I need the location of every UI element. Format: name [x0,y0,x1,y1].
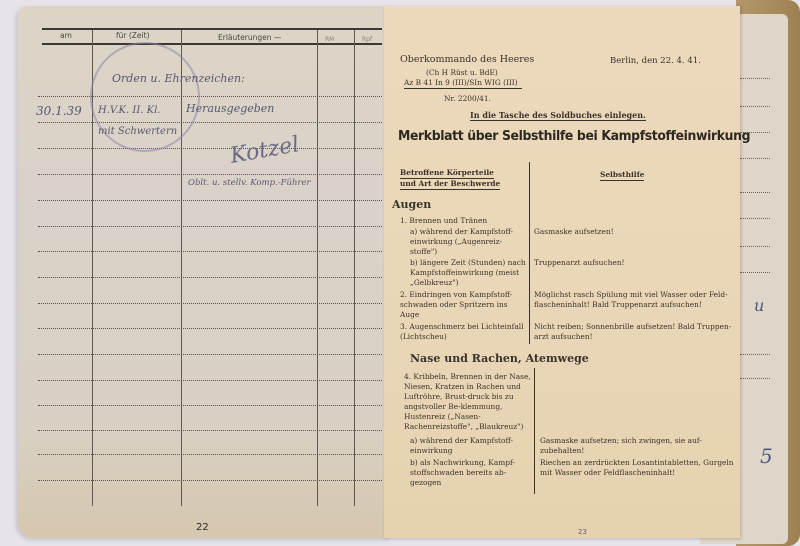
entry-line [38,303,382,304]
item-4b-help: Riechen an zerdrückten Losantintabletten… [540,458,734,478]
issuer-reference: Az B 41 In 9 (III)/SIn WIG (III) [404,78,522,89]
entry-line [38,277,382,278]
item-1b-help: Truppenarzt aufsuchen! [534,258,734,268]
entry-category: Orden u. Ehrenzeichen: [112,72,245,85]
entry-line [38,480,382,481]
entry-line [38,122,382,123]
column-header-self-help: Selbsthilfe [600,170,644,181]
entry-line [38,200,382,201]
entry-status: Herausgegeben [186,102,274,115]
instruction-note: In die Tasche des Soldbuches einlegen. [470,110,646,121]
entry-line [38,405,382,406]
item-1a: a) während der Kampfstoff-einwirkung („A… [410,227,528,257]
section-heading-eyes: Augen [392,198,431,211]
table-divider [529,162,530,344]
item-1b: b) längere Zeit (Stunden) nach Kampfstof… [410,258,528,288]
dotted-line [740,192,770,193]
dotted-line [740,158,770,159]
item-2-help: Möglichst rasch Spülung mit viel Wasser … [534,290,734,310]
document-title: Merkblatt über Selbsthilfe bei Kampfstof… [398,128,750,144]
column-header-am: am [60,31,72,40]
dotted-line [740,354,770,355]
page-number: 23 [578,528,587,536]
dotted-line [740,272,770,273]
table-divider [534,368,535,494]
entry-line [38,251,382,252]
handwriting: 5 [760,444,773,468]
column-header-rm: RM [325,36,334,43]
column-header-fuer-zeit: für (Zeit) [116,31,150,40]
item-4b: b) als Nachwirkung, Kampf-stoffschwaden … [410,458,532,488]
issuer-number: Nr. 2200/41. [444,94,491,104]
place-date: Berlin, den 22. 4. 41. [610,56,701,66]
entry-line [38,380,382,381]
item-4a-help: Gasmaske aufsetzen; sich zwingen, sie au… [540,436,730,456]
entry-line [38,226,382,227]
section-heading-nose-throat: Nase und Rachen, Atemwege [410,352,589,365]
entry-line [38,454,382,455]
signature: Kotzel [228,132,301,169]
item-4a: a) während der Kampfstoff-einwirkung [410,436,532,456]
top-rule [42,28,382,30]
entry-line [38,174,382,175]
item-1a-help: Gasmaske aufsetzen! [534,227,734,237]
column-divider [354,30,355,506]
left-page: am für (Zeit) Erläuterungen — RM Rpf 30.… [18,6,390,538]
signer-title: Oblt. u. stellv. Komp.-Führer [188,178,311,188]
entry-line [38,148,382,149]
dotted-line [740,106,770,107]
column-header-rpf: Rpf [362,36,372,43]
column-header-erlaeuterungen: Erläuterungen — [218,33,281,42]
column-divider [317,30,318,506]
item-3-help: Nicht reiben; Sonnenbrille aufsetzen! Ba… [534,322,734,342]
entry-line [38,430,382,431]
item-3: 3. Augenschmerz bei Lichteinfall (Lichts… [400,322,528,342]
dotted-line [740,246,770,247]
issuer-name: Oberkommando des Heeres [400,54,534,65]
item-4: 4. Kribbeln, Brennen in der Nase, Niesen… [404,372,532,432]
page-number: 22 [196,522,209,533]
dotted-line [740,218,770,219]
entry-award-detail: mit Schwertern [98,126,177,137]
dotted-line [740,78,770,79]
right-page: Oberkommando des Heeres (Ch H Rüst u. Bd… [384,6,740,538]
issuer-dept: (Ch H Rüst u. BdE) [426,68,498,78]
item-1: 1. Brennen und Tränen [400,216,526,226]
column-header-body-part: Betroffene Körperteile [400,168,494,179]
header-rule [42,43,382,45]
dotted-line [740,378,770,379]
column-header-complaint: und Art der Beschwerde [400,179,500,190]
handwriting: u [754,296,764,315]
entry-date: 30.1.39 [36,104,82,118]
entry-line [38,328,382,329]
item-2: 2. Eindringen von Kampfstoff-schwaden od… [400,290,528,320]
entry-line [38,354,382,355]
entry-award: H.V.K. II. Kl. [98,105,161,116]
